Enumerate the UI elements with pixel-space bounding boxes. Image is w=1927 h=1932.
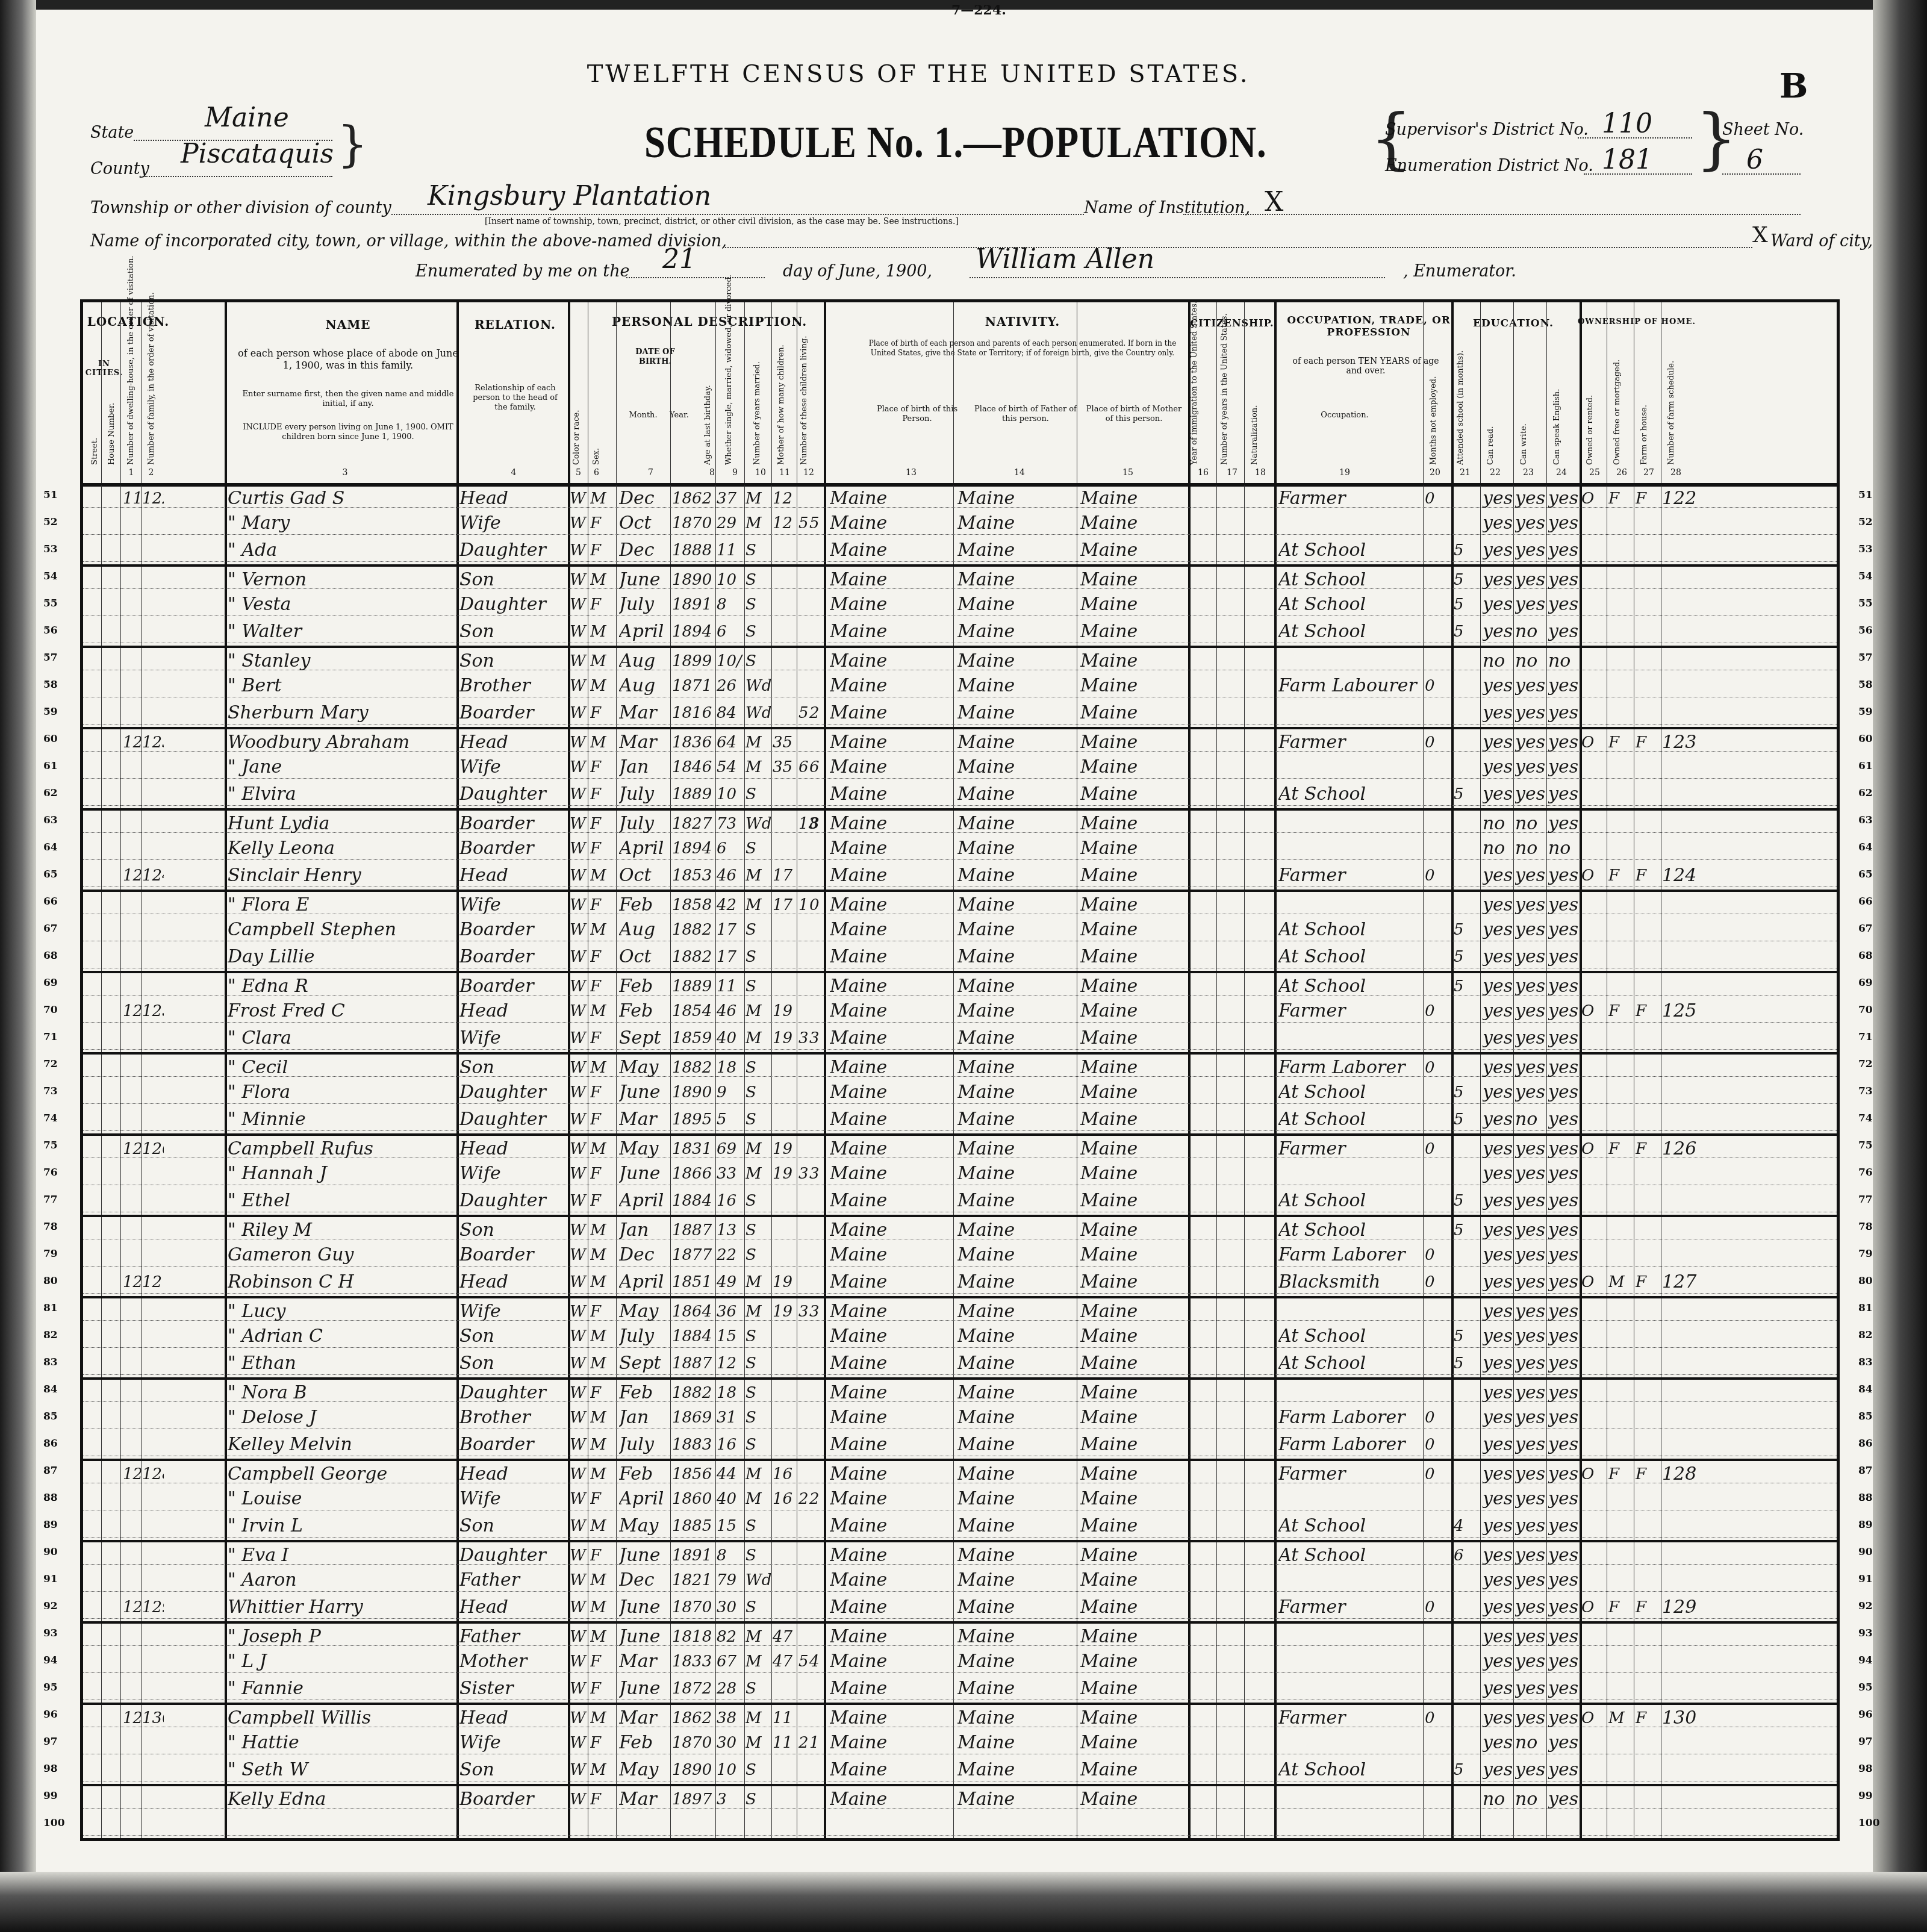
- table-header: LOCATION. IN CITIES. NAME of each person…: [83, 302, 1837, 487]
- cell-name: " Cecil: [228, 1055, 456, 1079]
- cell-farm: [1636, 567, 1660, 591]
- hdr-naturalization: Naturalization.: [1250, 369, 1259, 465]
- cell-living: [809, 1079, 824, 1104]
- cell-occupation: At School: [1278, 1542, 1422, 1567]
- cell-school: 5: [1454, 1188, 1479, 1212]
- cell-dwelling: [123, 944, 142, 968]
- cell-own: [1581, 811, 1605, 835]
- cell-age: 44: [717, 1461, 743, 1486]
- cell-write: yes: [1515, 1055, 1545, 1079]
- cell-marital: M: [746, 729, 771, 754]
- line-number: 83: [43, 1356, 58, 1368]
- cell-living: [809, 1188, 824, 1212]
- cell-age: 82: [717, 1624, 743, 1648]
- cell-age: 26: [717, 673, 743, 697]
- cell-schedule: [1662, 1730, 1704, 1754]
- line-number: 71: [43, 1031, 58, 1043]
- cell-farm: [1636, 1404, 1660, 1429]
- cell-age: 3: [717, 1786, 743, 1811]
- table-row: " Adrian CSonWMJuly188415SMaineMaineMain…: [83, 1323, 1837, 1348]
- hdr-date-of-birth: DATE OF BIRTH.: [625, 347, 685, 367]
- cell-family: [142, 1542, 164, 1567]
- enumerator-name: William Allen: [976, 244, 1154, 275]
- line-number: 69: [43, 977, 58, 989]
- cell-month: Feb: [619, 1461, 670, 1486]
- cell-schedule: [1662, 1675, 1704, 1700]
- cell-dwelling: [123, 1486, 142, 1510]
- cell-relation: Sister: [459, 1675, 567, 1700]
- township-value: Kingsbury Plantation: [428, 181, 711, 211]
- enumerator-line: [970, 277, 1385, 278]
- cell-own: [1581, 1730, 1605, 1754]
- cell-write: yes: [1515, 700, 1545, 724]
- cell-living: [809, 917, 824, 941]
- cell-marital: M: [746, 1461, 771, 1486]
- cell-speak: [1548, 1811, 1578, 1836]
- cell-age: 16: [717, 1432, 743, 1456]
- cell-living: [809, 1242, 824, 1267]
- cell-mother: Maine: [1080, 700, 1188, 724]
- cell-farm: [1636, 1242, 1660, 1267]
- cell-year: 1869: [672, 1404, 714, 1429]
- cell-relation: Wife: [459, 510, 567, 535]
- cell-read: yes: [1483, 485, 1513, 510]
- cell-dwelling: [123, 673, 142, 697]
- cell-years-married: [773, 567, 797, 591]
- line-number: 64: [43, 841, 58, 853]
- cell-school: [1454, 1404, 1479, 1429]
- cell-own: [1581, 1432, 1605, 1456]
- cell-year: 1883: [672, 1432, 714, 1456]
- county-line: [145, 176, 332, 177]
- cell-school: [1454, 1730, 1479, 1754]
- cell-years-married: [773, 673, 797, 697]
- cell-read: yes: [1483, 1594, 1513, 1619]
- cell-unemployed: [1425, 700, 1449, 724]
- cell-birth: Maine: [830, 537, 950, 562]
- cell-free: [1608, 944, 1633, 968]
- cell-relation: Boarder: [459, 1786, 567, 1811]
- cell-school: [1454, 673, 1479, 697]
- cell-sex: M: [590, 485, 614, 510]
- cell-relation: Wife: [459, 1161, 567, 1185]
- cell-birth: Maine: [830, 1106, 950, 1131]
- hdr-house-number: House Number.: [107, 387, 116, 465]
- cell-speak: yes: [1548, 1136, 1578, 1161]
- cell-free: [1608, 1486, 1633, 1510]
- cell-farm: [1636, 700, 1660, 724]
- city-label: Name of incorporated city, town, or vill…: [90, 232, 727, 251]
- cell-color: W: [570, 1217, 588, 1242]
- line-number: 84: [1858, 1383, 1873, 1395]
- cell-mother: Maine: [1080, 781, 1188, 806]
- line-number: 88: [43, 1492, 58, 1504]
- cell-age: 64: [717, 729, 743, 754]
- cell-relation: Son: [459, 1055, 567, 1079]
- table-row: " AdaDaughterWFDec188811SMaineMaineMaine…: [83, 537, 1837, 562]
- cell-dwelling: 127: [123, 1705, 142, 1730]
- cell-schedule: [1662, 1161, 1704, 1185]
- cell-father: Maine: [957, 485, 1075, 510]
- line-number: 67: [1858, 923, 1873, 935]
- cell-own: [1581, 1624, 1605, 1648]
- cell-month: Dec: [619, 1567, 670, 1592]
- cell-school: [1454, 1461, 1479, 1486]
- cell-years-married: [773, 1079, 797, 1104]
- cell-marital: S: [746, 567, 771, 591]
- ward-value: X: [1752, 223, 1768, 248]
- cell-own: O: [1581, 1594, 1605, 1619]
- cell-schedule: [1662, 1624, 1704, 1648]
- cell-speak: yes: [1548, 1380, 1578, 1404]
- line-number: 64: [1858, 841, 1873, 853]
- cell-free: [1608, 619, 1633, 643]
- population-schedule-table: LOCATION. IN CITIES. NAME of each person…: [80, 299, 1840, 1841]
- cell-unemployed: [1425, 1380, 1449, 1404]
- cell-mother: Maine: [1080, 811, 1188, 835]
- cell-family: 124: [142, 862, 164, 887]
- cell-year: 1831: [672, 1136, 714, 1161]
- line-number: 77: [43, 1194, 58, 1206]
- cell-father: Maine: [957, 1380, 1075, 1404]
- cell-occupation: Farmer: [1278, 1594, 1422, 1619]
- cell-living: 3: [809, 1025, 824, 1050]
- cell-farm: [1636, 1675, 1660, 1700]
- cell-living: [809, 1404, 824, 1429]
- cell-schedule: [1662, 619, 1704, 643]
- cell-color: W: [570, 729, 588, 754]
- cell-schedule: 123: [1662, 729, 1704, 754]
- cell-sex: M: [590, 729, 614, 754]
- cell-relation: Boarder: [459, 1432, 567, 1456]
- cell-birth: Maine: [830, 1567, 950, 1592]
- cell-years-married: 19: [773, 1298, 797, 1323]
- cell-sex: M: [590, 1567, 614, 1592]
- brace: }: [337, 120, 368, 169]
- cell-year: 1870: [672, 1594, 714, 1619]
- cell-year: 1889: [672, 781, 714, 806]
- cell-own: O: [1581, 998, 1605, 1023]
- enumerated-day: 21: [662, 244, 696, 275]
- cell-years-married: [773, 648, 797, 673]
- cell-years-married: [773, 1757, 797, 1781]
- cell-mother: Maine: [1080, 1136, 1188, 1161]
- cell-birth: Maine: [830, 811, 950, 835]
- cell-birth: Maine: [830, 648, 950, 673]
- cell-occupation: Farm Laborer: [1278, 1432, 1422, 1456]
- scan-border-left: [0, 0, 36, 1932]
- cell-farm: [1636, 781, 1660, 806]
- cell-birth: Maine: [830, 1648, 950, 1673]
- cell-color: W: [570, 648, 588, 673]
- cell-relation: Head: [459, 998, 567, 1023]
- line-number: 89: [1858, 1519, 1873, 1531]
- cell-sex: F: [590, 537, 614, 562]
- cell-speak: no: [1548, 648, 1578, 673]
- cell-farm: F: [1636, 485, 1660, 510]
- cell-unemployed: 0: [1425, 1242, 1449, 1267]
- line-number: 55: [43, 597, 58, 609]
- cell-birth: Maine: [830, 973, 950, 998]
- cell-sex: F: [590, 754, 614, 779]
- table-row: " LouiseWifeWFApril186040M1622MaineMaine…: [83, 1486, 1837, 1510]
- cell-free: [1608, 1298, 1633, 1323]
- cell-year: 1833: [672, 1648, 714, 1673]
- cell-family: [142, 1648, 164, 1673]
- cell-age: 6: [717, 619, 743, 643]
- cell-mother: Maine: [1080, 1513, 1188, 1538]
- cell-speak: yes: [1548, 700, 1578, 724]
- cell-birth: Maine: [830, 1624, 950, 1648]
- cell-occupation: [1278, 892, 1422, 917]
- cell-own: [1581, 1486, 1605, 1510]
- cell-free: F: [1608, 998, 1633, 1023]
- cell-dwelling: [123, 1786, 142, 1811]
- cell-dwelling: [123, 973, 142, 998]
- colnum-23: 23: [1519, 468, 1537, 478]
- table-row: " StanleySonWMAug189910/12SMaineMaineMai…: [83, 646, 1837, 670]
- cell-speak: yes: [1548, 1432, 1578, 1456]
- table-row: Campbell StephenBoarderWMAug188217SMaine…: [83, 917, 1837, 941]
- cell-school: [1454, 1786, 1479, 1811]
- cell-marital: S: [746, 1513, 771, 1538]
- cell-years-married: [773, 1242, 797, 1267]
- table-row: " VernonSonWMJune189010SMaineMaineMaineA…: [83, 564, 1837, 589]
- table-row: " Irvin LSonWMMay188515SMaineMaineMaineA…: [83, 1513, 1837, 1538]
- colnum-16: 16: [1194, 468, 1212, 478]
- cell-family: [142, 1811, 164, 1836]
- cell-years-married: [773, 973, 797, 998]
- cell-read: yes: [1483, 1025, 1513, 1050]
- cell-farm: [1636, 1217, 1660, 1242]
- cell-schedule: [1662, 567, 1704, 591]
- cell-color: W: [570, 917, 588, 941]
- cell-age: 5: [717, 1106, 743, 1131]
- cell-month: April: [619, 1486, 670, 1510]
- cell-own: O: [1581, 1136, 1605, 1161]
- cell-write: yes: [1515, 1188, 1545, 1212]
- cell-living: [809, 835, 824, 860]
- cell-birth: Maine: [830, 1079, 950, 1104]
- cell-schedule: 126: [1662, 1136, 1704, 1161]
- cell-relation: Head: [459, 862, 567, 887]
- cell-occupation: [1278, 1624, 1422, 1648]
- cell-age: [717, 1811, 743, 1836]
- cell-relation: Boarder: [459, 835, 567, 860]
- cell-unemployed: [1425, 973, 1449, 998]
- cell-read: yes: [1483, 998, 1513, 1023]
- cell-read: yes: [1483, 567, 1513, 591]
- line-number: 53: [1858, 543, 1873, 555]
- cell-birth: Maine: [830, 1025, 950, 1050]
- cell-write: yes: [1515, 1269, 1545, 1294]
- cell-unemployed: [1425, 1648, 1449, 1673]
- hdr-name-include: INCLUDE every person living on June 1, 1…: [234, 423, 462, 442]
- cell-living: 3: [809, 1298, 824, 1323]
- county-label: County: [90, 160, 149, 178]
- table-row: " L JMotherWFMar183367M4754MaineMaineMai…: [83, 1648, 1837, 1673]
- cell-write: yes: [1515, 1461, 1545, 1486]
- cell-marital: S: [746, 1594, 771, 1619]
- cell-living: [809, 1136, 824, 1161]
- cell-color: W: [570, 781, 588, 806]
- cell-write: yes: [1515, 1705, 1545, 1730]
- line-number: 87: [43, 1465, 58, 1477]
- cell-father: Maine: [957, 1136, 1075, 1161]
- cell-family: [142, 1567, 164, 1592]
- cell-read: yes: [1483, 892, 1513, 917]
- cell-age: 9: [717, 1079, 743, 1104]
- cell-speak: yes: [1548, 1513, 1578, 1538]
- cell-write: no: [1515, 619, 1545, 643]
- cell-family: [142, 1404, 164, 1429]
- cell-unemployed: [1425, 917, 1449, 941]
- table-row: Kelly LeonaBoarderWFApril18946SMaineMain…: [83, 835, 1837, 860]
- cell-month: July: [619, 811, 670, 835]
- cell-free: [1608, 973, 1633, 998]
- cell-own: O: [1581, 729, 1605, 754]
- colnum-12: 12: [800, 468, 818, 478]
- cell-relation: Son: [459, 1757, 567, 1781]
- cell-living: [809, 944, 824, 968]
- cell-farm: F: [1636, 1269, 1660, 1294]
- cell-occupation: At School: [1278, 1757, 1422, 1781]
- cell-birth: Maine: [830, 1705, 950, 1730]
- cell-school: [1454, 700, 1479, 724]
- cell-month: Mar: [619, 700, 670, 724]
- cell-year: 1890: [672, 1079, 714, 1104]
- cell-occupation: Farmer: [1278, 729, 1422, 754]
- cell-years-married: [773, 781, 797, 806]
- cell-marital: S: [746, 1542, 771, 1567]
- cell-family: [142, 1106, 164, 1131]
- cell-father: Maine: [957, 591, 1075, 616]
- cell-farm: [1636, 1811, 1660, 1836]
- cell-family: [142, 1025, 164, 1050]
- table-row: " Hannah JWifeWFJune186633M1933MaineMain…: [83, 1161, 1837, 1185]
- cell-unemployed: 0: [1425, 1594, 1449, 1619]
- cell-sex: F: [590, 1106, 614, 1131]
- cell-schedule: [1662, 510, 1704, 535]
- cell-sex: F: [590, 1542, 614, 1567]
- cell-family: 125: [142, 998, 164, 1023]
- cell-relation: Daughter: [459, 1188, 567, 1212]
- cell-write: yes: [1515, 1025, 1545, 1050]
- cell-name: " Flora E: [228, 892, 456, 917]
- cell-family: [142, 700, 164, 724]
- line-number: 86: [1858, 1438, 1873, 1450]
- cell-year: 1889: [672, 973, 714, 998]
- cell-relation: Son: [459, 648, 567, 673]
- hdr-farm-schedule: Number of farm schedule.: [1667, 344, 1676, 465]
- cell-father: Maine: [957, 917, 1075, 941]
- cell-write: yes: [1515, 1380, 1545, 1404]
- cell-unemployed: [1425, 1513, 1449, 1538]
- cell-father: Maine: [957, 1188, 1075, 1212]
- cell-age: 11: [717, 973, 743, 998]
- cell-schedule: [1662, 1025, 1704, 1050]
- cell-speak: yes: [1548, 1730, 1578, 1754]
- cell-free: [1608, 1350, 1633, 1375]
- line-number: 80: [43, 1275, 58, 1287]
- cell-year: 1899: [672, 648, 714, 673]
- enumerated-suffix: day of June, 1900,: [783, 262, 932, 281]
- cell-read: yes: [1483, 1513, 1513, 1538]
- cell-name: Campbell George: [228, 1461, 456, 1486]
- cell-years-married: 35: [773, 729, 797, 754]
- cell-age: 18: [717, 1055, 743, 1079]
- cell-father: Maine: [957, 1757, 1075, 1781]
- cell-schedule: 122: [1662, 485, 1704, 510]
- cell-name: " Stanley: [228, 648, 456, 673]
- cell-own: [1581, 1757, 1605, 1781]
- cell-occupation: At School: [1278, 567, 1422, 591]
- table-row: " HattieWifeWFFeb187030M1121MaineMaineMa…: [83, 1730, 1837, 1754]
- cell-sex: M: [590, 673, 614, 697]
- colnum-17: 17: [1223, 468, 1241, 478]
- cell-schedule: [1662, 781, 1704, 806]
- hdr-years-married: Number of years married.: [753, 344, 762, 465]
- cell-mother: Maine: [1080, 1188, 1188, 1212]
- cell-marital: S: [746, 1380, 771, 1404]
- cell-schedule: [1662, 1323, 1704, 1348]
- cell-occupation: [1278, 1298, 1422, 1323]
- cell-mother: Maine: [1080, 1055, 1188, 1079]
- cell-dwelling: [123, 811, 142, 835]
- colnum-27: 27: [1640, 468, 1658, 478]
- enumerated-prefix: Enumerated by me on the: [416, 262, 630, 281]
- cell-free: [1608, 567, 1633, 591]
- cell-write: yes: [1515, 1350, 1545, 1375]
- cell-mother: Maine: [1080, 648, 1188, 673]
- sheet-letter: B: [1779, 66, 1808, 106]
- line-number: 99: [1858, 1790, 1873, 1802]
- cell-birth: Maine: [830, 567, 950, 591]
- line-number: 84: [43, 1383, 58, 1395]
- cell-birth: Maine: [830, 700, 950, 724]
- cell-color: W: [570, 835, 588, 860]
- cell-month: Oct: [619, 510, 670, 535]
- cell-age: 30: [717, 1730, 743, 1754]
- hdr-month: Month.: [625, 411, 661, 420]
- cell-occupation: Farm Laborer: [1278, 1404, 1422, 1429]
- cell-write: yes: [1515, 1757, 1545, 1781]
- cell-dwelling: [123, 1323, 142, 1348]
- cell-relation: Boarder: [459, 944, 567, 968]
- cell-name: Sherburn Mary: [228, 700, 456, 724]
- hdr-relation-desc: Relationship of each person to the head …: [465, 384, 565, 413]
- cell-schedule: [1662, 1350, 1704, 1375]
- hdr-relation: RELATION.: [462, 317, 568, 332]
- line-number: 98: [43, 1763, 58, 1775]
- cell-read: no: [1483, 648, 1513, 673]
- cell-free: [1608, 1542, 1633, 1567]
- cell-occupation: At School: [1278, 917, 1422, 941]
- cell-birth: Maine: [830, 1786, 950, 1811]
- cell-dwelling: [123, 1730, 142, 1754]
- line-number: 74: [43, 1112, 58, 1124]
- cell-sex: M: [590, 1594, 614, 1619]
- cell-free: [1608, 1242, 1633, 1267]
- cell-schedule: [1662, 835, 1704, 860]
- cell-year: 1854: [672, 998, 714, 1023]
- cell-living: [809, 1594, 824, 1619]
- cell-write: yes: [1515, 1323, 1545, 1348]
- cell-birth: Maine: [830, 1757, 950, 1781]
- cell-age: 29: [717, 510, 743, 535]
- hdr-can-speak: Can speak English.: [1552, 369, 1561, 465]
- cell-write: yes: [1515, 892, 1545, 917]
